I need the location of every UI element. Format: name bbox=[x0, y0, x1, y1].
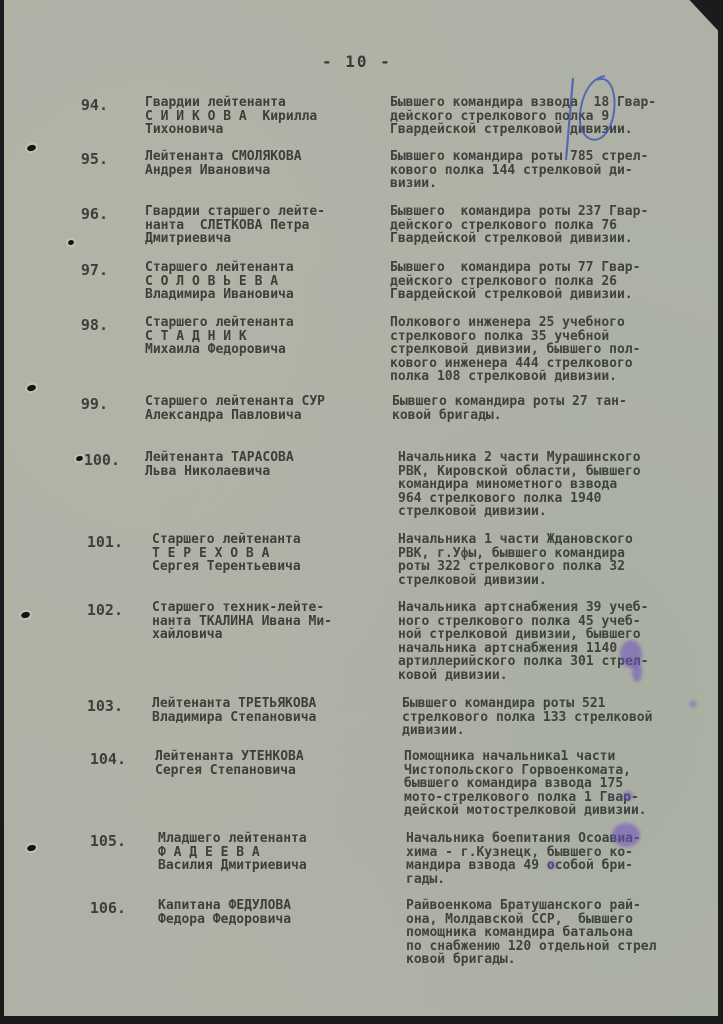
description-line: Начальника артснабжения 39 учеб- bbox=[398, 601, 723, 615]
description-line: Гвардейской стрелковой дивизии. bbox=[390, 123, 720, 137]
entry-number: 99. bbox=[28, 395, 108, 413]
name-line: Дмитриевича bbox=[145, 232, 385, 246]
description-line: дейского стрелкового полка 76 bbox=[390, 219, 720, 233]
entry-number: 96. bbox=[28, 205, 108, 223]
entry-service-description: Бывшего командира роты 237 Гвар-дейского… bbox=[390, 205, 720, 246]
entry-person-name: Старшего техник-лейте-нанта ТКАЛИНА Иван… bbox=[152, 601, 392, 642]
description-line: Чистопольского Горвоенкомата, bbox=[404, 764, 723, 778]
description-line: командира минометного взвода bbox=[398, 478, 723, 492]
description-line: артиллерийского полка 301 стрел- bbox=[398, 655, 723, 669]
entry-number: 95. bbox=[28, 150, 108, 168]
description-line: ковой дивизии. bbox=[398, 669, 723, 683]
entry-service-description: Полкового инженера 25 учебногострелковог… bbox=[390, 316, 720, 384]
description-line: ковой бригады. bbox=[406, 953, 723, 967]
name-line: Т Е Р Е Х О В А bbox=[152, 547, 392, 561]
description-line: стрелковой дивизии. bbox=[398, 505, 723, 519]
description-line: Бывшего командира роты 785 стрел- bbox=[390, 150, 720, 164]
name-line: Младшего лейтенанта bbox=[158, 832, 398, 846]
description-line: РВК, Кировской области, бывшего bbox=[398, 465, 723, 479]
entry-person-name: Гвардии лейтенантаС И И К О В А КириллаТ… bbox=[145, 96, 385, 137]
page-number: - 10 - bbox=[322, 52, 392, 71]
description-line: ной стрелковой дивизии, бывшего bbox=[398, 628, 723, 642]
description-line: помощника командира батальона bbox=[406, 926, 723, 940]
name-line: С И И К О В А Кирилла bbox=[145, 110, 385, 124]
name-line: Льва Николаевича bbox=[145, 465, 385, 479]
entry-person-name: Старшего лейтенанта СУРАлександра Павлов… bbox=[145, 395, 385, 422]
entry-person-name: Лейтенанта СМОЛЯКОВААндрея Ивановича bbox=[145, 150, 385, 177]
entry-number: 98. bbox=[28, 316, 108, 334]
description-line: Бывшего командира роты 27 тан- bbox=[392, 395, 722, 409]
description-line: полка 108 стрелковой дивизии. bbox=[390, 370, 720, 384]
ink-stain bbox=[623, 791, 633, 801]
entry-person-name: Капитана ФЕДУЛОВАФедора Федоровича bbox=[158, 899, 398, 926]
entry-service-description: Начальника боепитания Осоавиа-хима - г.К… bbox=[406, 832, 723, 886]
name-line: Лейтенанта ТРЕТЬЯКОВА bbox=[152, 697, 392, 711]
entry-person-name: Гвардии старшего лейте-нанта СЛЕТКОВА Пе… bbox=[145, 205, 385, 246]
description-line: Помощника начальника1 части bbox=[404, 750, 723, 764]
entry-service-description: Начальника 2 части МурашинскогоРВК, Киро… bbox=[398, 451, 723, 519]
description-line: стрелкового полка 133 стрелковой bbox=[402, 711, 723, 725]
description-line: мото-стрелкового полка 1 Гвар- bbox=[404, 791, 723, 805]
description-line: бывшего командира взвода 175 bbox=[404, 777, 723, 791]
description-line: она, Молдавской ССР, бывшего bbox=[406, 913, 723, 927]
entry-number: 104. bbox=[46, 750, 126, 768]
name-line: Тихоновича bbox=[145, 123, 385, 137]
description-line: роты 322 стрелкового полка 32 bbox=[398, 560, 723, 574]
description-line: Бывшего командира роты 237 Гвар- bbox=[390, 205, 720, 219]
name-line: нанта СЛЕТКОВА Петра bbox=[145, 219, 385, 233]
entry-service-description: Начальника 1 части ЖдановскогоРВК, г.Уфы… bbox=[398, 533, 723, 587]
name-line: Капитана ФЕДУЛОВА bbox=[158, 899, 398, 913]
name-line: Старшего лейтенанта bbox=[152, 533, 392, 547]
entry-service-description: Помощника начальника1 частиЧистопольског… bbox=[404, 750, 723, 818]
description-line: дейского стрелкового полка 9 bbox=[390, 110, 720, 124]
name-line: Лейтенанта УТЕНКОВА bbox=[155, 750, 395, 764]
description-line: начальника артснабжения 1140 bbox=[398, 642, 723, 656]
name-line: Старшего лейтенанта bbox=[145, 316, 385, 330]
description-line: стрелковой дивизии. bbox=[398, 574, 723, 588]
entry-service-description: Начальника артснабжения 39 учеб-ного стр… bbox=[398, 601, 723, 682]
name-line: С О Л О В Ь Е В А bbox=[145, 275, 385, 289]
entry-number: 100. bbox=[40, 451, 120, 469]
name-line: Андрея Ивановича bbox=[145, 164, 385, 178]
name-line: Гвардии лейтенанта bbox=[145, 96, 385, 110]
name-line: Михаила Федоровича bbox=[145, 343, 385, 357]
entry-number: 103. bbox=[43, 697, 123, 715]
entry-number: 105. bbox=[46, 832, 126, 850]
description-line: визии. bbox=[390, 177, 720, 191]
name-line: нанта ТКАЛИНА Ивана Ми- bbox=[152, 615, 392, 629]
description-line: дейской мотострелковой дивизии. bbox=[404, 804, 723, 818]
name-line: Владимира Степановича bbox=[152, 711, 392, 725]
entry-number: 94. bbox=[28, 96, 108, 114]
entry-service-description: Бывшего командира взвода 18 Гвар-дейског… bbox=[390, 96, 720, 137]
entry-number: 101. bbox=[43, 533, 123, 551]
entry-person-name: Младшего лейтенантаФ А Д Е Е В АВасилия … bbox=[158, 832, 398, 873]
entry-service-description: Бывшего командира роты 77 Гвар-дейского … bbox=[390, 261, 720, 302]
entry-service-description: Райвоенкома Братушанского рай-она, Молда… bbox=[406, 899, 723, 967]
entry-service-description: Бывшего командира роты 521стрелкового по… bbox=[402, 697, 723, 738]
name-line: Сергея Терентьевича bbox=[152, 560, 392, 574]
entry-number: 106. bbox=[46, 899, 126, 917]
description-line: Бывшего командира роты 77 Гвар- bbox=[390, 261, 720, 275]
ink-stain bbox=[632, 660, 642, 682]
description-line: дейского стрелкового полка 26 bbox=[390, 275, 720, 289]
entry-service-description: Бывшего командира роты 27 тан-ковой бриг… bbox=[392, 395, 722, 422]
description-line: мандира взвода 49 особой бри- bbox=[406, 859, 723, 873]
ink-stain bbox=[548, 861, 556, 869]
entry-person-name: Лейтенанта УТЕНКОВАСергея Степановича bbox=[155, 750, 395, 777]
description-line: Бывшего командира взвода 18 Гвар- bbox=[390, 96, 720, 110]
entry-person-name: Лейтенанта ТАРАСОВАЛьва Николаевича bbox=[145, 451, 385, 478]
entry-person-name: Старшего лейтенантаТ Е Р Е Х О В АСергея… bbox=[152, 533, 392, 574]
entry-number: 97. bbox=[28, 261, 108, 279]
description-line: Райвоенкома Братушанского рай- bbox=[406, 899, 723, 913]
entry-person-name: Старшего лейтенантаС Т А Д Н И КМихаила … bbox=[145, 316, 385, 357]
description-line: кового инженера 444 стрелкового bbox=[390, 357, 720, 371]
name-line: Лейтенанта СМОЛЯКОВА bbox=[145, 150, 385, 164]
name-line: Василия Дмитриевича bbox=[158, 859, 398, 873]
name-line: Сергея Степановича bbox=[155, 764, 395, 778]
description-line: Бывшего командира роты 521 bbox=[402, 697, 723, 711]
description-line: Гвардейской стрелковой дивизии. bbox=[390, 288, 720, 302]
description-line: по снабжению 120 отдельной стрел bbox=[406, 940, 723, 954]
name-line: С Т А Д Н И К bbox=[145, 330, 385, 344]
description-line: Полкового инженера 25 учебного bbox=[390, 316, 720, 330]
entry-number: 102. bbox=[43, 601, 123, 619]
description-line: дивизии. bbox=[402, 724, 723, 738]
name-line: Старшего лейтенанта bbox=[145, 261, 385, 275]
name-line: Александра Павловича bbox=[145, 409, 385, 423]
name-line: Ф А Д Е Е В А bbox=[158, 846, 398, 860]
entry-person-name: Старшего лейтенантаС О Л О В Ь Е В АВлад… bbox=[145, 261, 385, 302]
description-line: Начальника боепитания Осоавиа- bbox=[406, 832, 723, 846]
description-line: хима - г.Кузнецк, бывшего ко- bbox=[406, 846, 723, 860]
description-line: стрелкового полка 35 учебной bbox=[390, 330, 720, 344]
description-line: стрелковой дивизии, бывшего пол- bbox=[390, 343, 720, 357]
ink-stain bbox=[690, 701, 696, 707]
description-line: 964 стрелкового полка 1940 bbox=[398, 492, 723, 506]
description-line: ного стрелкового полка 45 учеб- bbox=[398, 615, 723, 629]
name-line: Гвардии старшего лейте- bbox=[145, 205, 385, 219]
name-line: Старшего лейтенанта СУР bbox=[145, 395, 385, 409]
description-line: Гвардейской стрелковой дивизии. bbox=[390, 232, 720, 246]
description-line: РВК, г.Уфы, бывшего командира bbox=[398, 547, 723, 561]
description-line: Начальника 1 части Ждановского bbox=[398, 533, 723, 547]
name-line: Старшего техник-лейте- bbox=[152, 601, 392, 615]
description-line: кового полка 144 стрелковой ди- bbox=[390, 164, 720, 178]
description-line: Начальника 2 части Мурашинского bbox=[398, 451, 723, 465]
name-line: хайловича bbox=[152, 628, 392, 642]
name-line: Лейтенанта ТАРАСОВА bbox=[145, 451, 385, 465]
name-line: Владимира Ивановича bbox=[145, 288, 385, 302]
entry-person-name: Лейтенанта ТРЕТЬЯКОВАВладимира Степанови… bbox=[152, 697, 392, 724]
description-line: ковой бригады. bbox=[392, 409, 722, 423]
ink-stain bbox=[612, 823, 640, 847]
entry-service-description: Бывшего командира роты 785 стрел-кового … bbox=[390, 150, 720, 191]
name-line: Федора Федоровича bbox=[158, 913, 398, 927]
description-line: гады. bbox=[406, 873, 723, 887]
